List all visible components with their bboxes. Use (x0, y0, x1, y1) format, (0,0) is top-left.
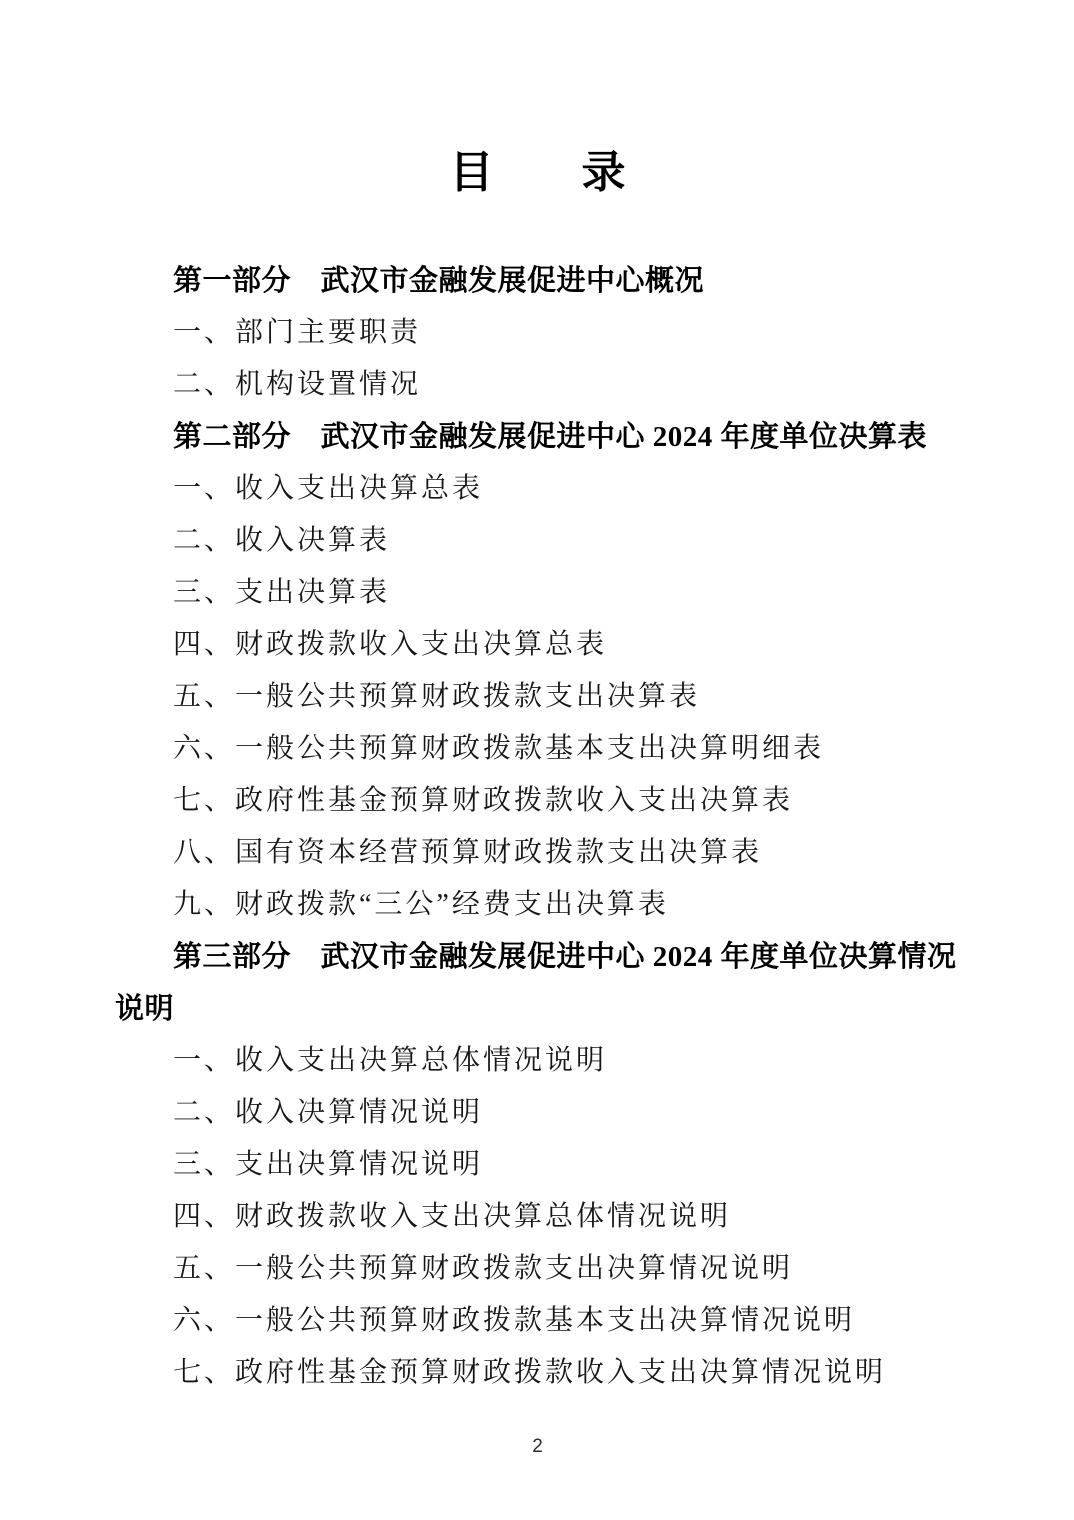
toc-entry: 七、政府性基金预算财政拨款收入支出决算情况说明 (115, 1347, 960, 1399)
section-2-heading: 第二部分 武汉市金融发展促进中心 2024 年度单位决算表 (115, 411, 960, 463)
toc-entry: 二、收入决算情况说明 (115, 1087, 960, 1139)
toc-entry: 一、收入支出决算总表 (115, 463, 960, 515)
section-1-heading: 第一部分 武汉市金融发展促进中心概况 (115, 255, 960, 307)
toc-entry: 六、一般公共预算财政拨款基本支出决算情况说明 (115, 1295, 960, 1347)
toc-entry: 八、国有资本经营预算财政拨款支出决算表 (115, 827, 960, 879)
toc-entry: 六、一般公共预算财政拨款基本支出决算明细表 (115, 723, 960, 775)
toc-title: 目 录 (115, 140, 960, 206)
toc-entry: 五、一般公共预算财政拨款支出决算表 (115, 671, 960, 723)
document-page: 目 录 第一部分 武汉市金融发展促进中心概况 一、部门主要职责 二、机构设置情况… (0, 0, 1074, 1520)
toc-entry: 五、一般公共预算财政拨款支出决算情况说明 (115, 1243, 960, 1295)
toc-entry: 三、支出决算情况说明 (115, 1139, 960, 1191)
page-number: 2 (115, 1434, 960, 1460)
toc-entry: 七、政府性基金预算财政拨款收入支出决算表 (115, 775, 960, 827)
toc-entry: 二、机构设置情况 (115, 359, 960, 411)
toc-entry: 二、收入决算表 (115, 515, 960, 567)
toc-entry: 四、财政拨款收入支出决算总体情况说明 (115, 1191, 960, 1243)
section-3-heading: 第三部分 武汉市金融发展促进中心 2024 年度单位决算情况说明 (115, 931, 960, 1035)
toc-entry: 一、部门主要职责 (115, 307, 960, 359)
toc-entry: 四、财政拨款收入支出决算总表 (115, 619, 960, 671)
toc-entry: 九、财政拨款“三公”经费支出决算表 (115, 879, 960, 931)
toc-entry: 三、支出决算表 (115, 567, 960, 619)
toc-entry: 一、收入支出决算总体情况说明 (115, 1035, 960, 1087)
